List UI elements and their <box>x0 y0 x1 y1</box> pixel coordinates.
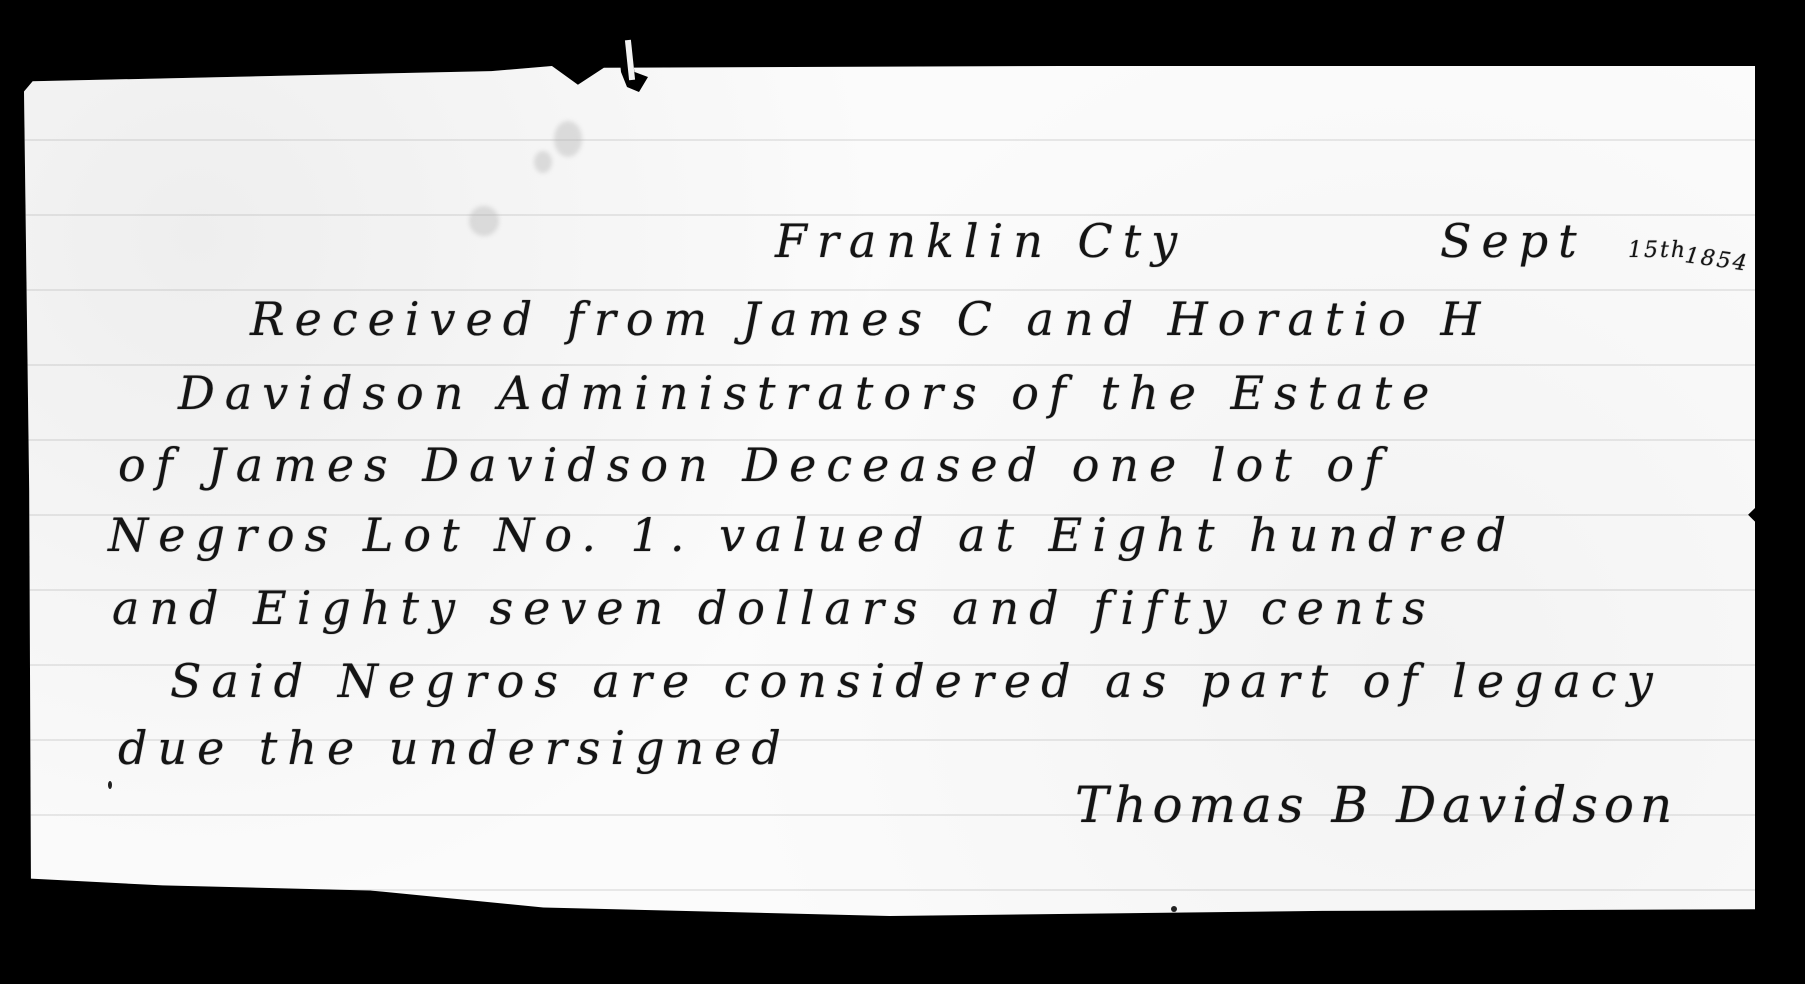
body-line-3: of James Davidson Deceased one lot of <box>118 442 1391 488</box>
date-day: 15th <box>1628 240 1687 262</box>
body-line-5: and Eighty seven dollars and fifty cents <box>112 585 1436 631</box>
ink-speck <box>108 781 112 789</box>
date-month: Sept <box>1440 218 1587 264</box>
place-text: Franklin Cty <box>775 214 1187 268</box>
paper-stain <box>534 151 552 173</box>
place-line: Franklin Cty <box>775 218 1187 264</box>
body-line-2: Davidson Administrators of the Estate <box>178 370 1439 416</box>
body-line-4: Negros Lot No. 1. valued at Eight hundre… <box>108 512 1516 558</box>
body-line-7: due the undersigned <box>118 725 791 771</box>
date-day-text: 15th <box>1628 238 1687 263</box>
date-month-text: Sept <box>1440 214 1587 268</box>
body-line-6: Said Negros are considered as part of le… <box>170 658 1663 704</box>
ink-speck <box>1171 906 1177 912</box>
paper-stain <box>469 206 499 236</box>
paper-stain <box>554 121 582 157</box>
signature: Thomas B Davidson <box>1075 780 1678 830</box>
body-line-1: Received from James C and Horatio H <box>250 296 1491 342</box>
